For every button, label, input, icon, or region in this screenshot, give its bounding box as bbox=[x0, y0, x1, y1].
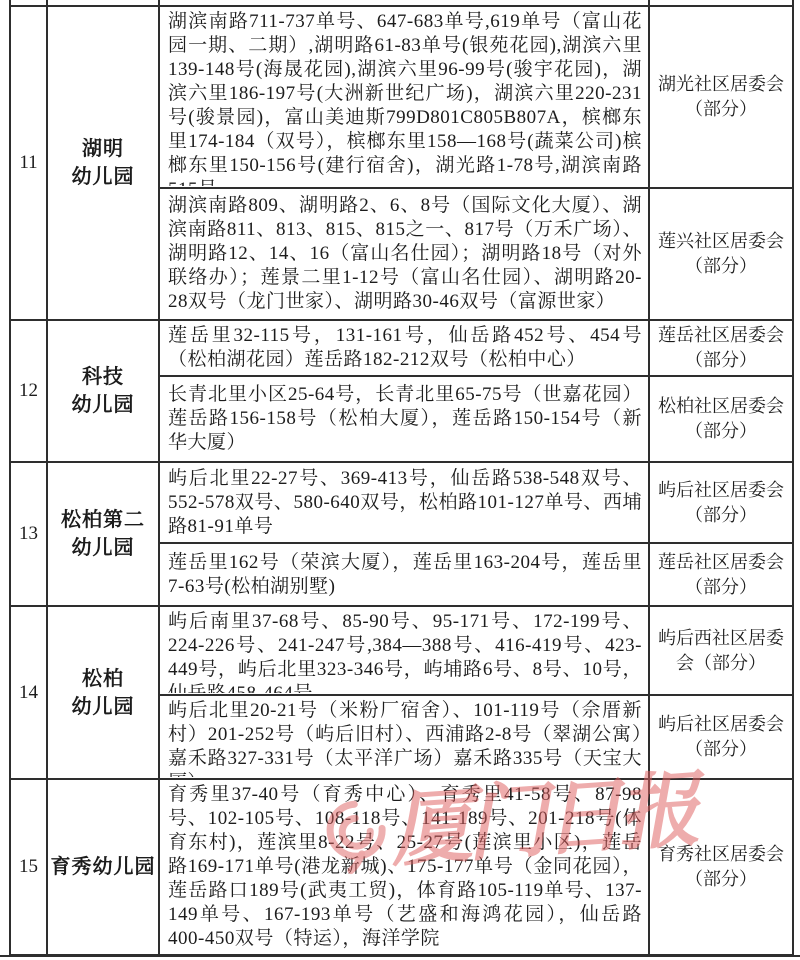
address-text: 长青北里小区25-64号，长青北里65-75号（世嘉花园）莲岳路156-158号… bbox=[160, 381, 648, 457]
committee-cell: 屿后西社区居委会（部分） bbox=[649, 606, 793, 695]
committee-cell: 屿后社区居委会（部分） bbox=[649, 462, 793, 543]
address-cell: 湖滨南路711-737单号、647-683单号,619单号（富山花园一期、二期）… bbox=[159, 6, 649, 188]
admission-district-document: 11 湖明 幼儿园 湖滨南路711-737单号、647-683单号,619单号（… bbox=[0, 0, 800, 960]
committee-cell: 莲兴社区居委会（部分） bbox=[649, 188, 793, 320]
committee-cell: 松柏社区居委会（部分） bbox=[649, 376, 793, 462]
committee-cell: 湖光社区居委会（部分） bbox=[649, 6, 793, 188]
address-text: 湖滨南路809、湖明路2、6、8号（国际文化大厦）、湖滨南路811、813、81… bbox=[160, 192, 648, 316]
address-cell: 屿后南里37-68号、85-90号、95-171号、172-199号、224-2… bbox=[159, 606, 649, 695]
kindergarten-name-cell: 松柏第二 幼儿园 bbox=[47, 462, 159, 606]
row-number-cell: 14 bbox=[10, 606, 47, 779]
address-cell: 长青北里小区25-64号，长青北里65-75号（世嘉花园）莲岳路156-158号… bbox=[159, 376, 649, 462]
address-cell: 育秀里37-40号（育秀中心）、育秀里41-58号、87-98号、102-105… bbox=[159, 779, 649, 955]
table-row: 11 湖明 幼儿园 湖滨南路711-737单号、647-683单号,619单号（… bbox=[10, 6, 793, 188]
committee-cell: 育秀社区居委会（部分） bbox=[649, 779, 793, 955]
address-cell: 屿后北里22-27号、369-413号，仙岳路538-548双号、552-578… bbox=[159, 462, 649, 543]
table-row: 13 松柏第二 幼儿园 屿后北里22-27号、369-413号，仙岳路538-5… bbox=[10, 462, 793, 543]
address-text: 屿后南里37-68号、85-90号、95-171号、172-199号、224-2… bbox=[160, 608, 648, 693]
address-cell: 莲岳里32-115号，131-161号，仙岳路452号、454号（松柏湖花园）莲… bbox=[159, 320, 649, 376]
table-bottom-border bbox=[0, 955, 800, 957]
address-cell: 湖滨南路809、湖明路2、6、8号（国际文化大厦）、湖滨南路811、813、81… bbox=[159, 188, 649, 320]
address-text: 屿后北里22-27号、369-413号，仙岳路538-548双号、552-578… bbox=[160, 465, 648, 541]
address-text: 屿后北里20-21号（米粉厂宿舍）、101-119号（佘厝新村）201-252号… bbox=[160, 697, 648, 777]
address-text: 莲岳里162号（荣滨大厦），莲岳里163-204号，莲岳里7-63号(松柏湖别墅… bbox=[160, 549, 648, 601]
kindergarten-name-cell: 育秀幼儿园 bbox=[47, 779, 159, 955]
row-number-cell: 12 bbox=[10, 320, 47, 462]
kindergarten-name-cell: 科技 幼儿园 bbox=[47, 320, 159, 462]
row-number-cell: 11 bbox=[10, 6, 47, 320]
committee-cell: 屿后社区居委会（部分） bbox=[649, 695, 793, 779]
kindergarten-name-cell: 湖明 幼儿园 bbox=[47, 6, 159, 320]
table-row: 15 育秀幼儿园 育秀里37-40号（育秀中心）、育秀里41-58号、87-98… bbox=[10, 779, 793, 955]
address-cell: 屿后北里20-21号（米粉厂宿舍）、101-119号（佘厝新村）201-252号… bbox=[159, 695, 649, 779]
address-text: 湖滨南路711-737单号、647-683单号,619单号（富山花园一期、二期）… bbox=[160, 8, 648, 186]
address-text: 莲岳里32-115号，131-161号，仙岳路452号、454号（松柏湖花园）莲… bbox=[160, 322, 648, 374]
address-cell: 莲岳里162号（荣滨大厦），莲岳里163-204号，莲岳里7-63号(松柏湖别墅… bbox=[159, 543, 649, 606]
kindergarten-name-cell: 松柏 幼儿园 bbox=[47, 606, 159, 779]
committee-cell: 莲岳社区居委会（部分） bbox=[649, 543, 793, 606]
table-row: 14 松柏 幼儿园 屿后南里37-68号、85-90号、95-171号、172-… bbox=[10, 606, 793, 695]
school-district-table: 11 湖明 幼儿园 湖滨南路711-737单号、647-683单号,619单号（… bbox=[9, 0, 794, 956]
row-number-cell: 15 bbox=[10, 779, 47, 955]
table-row: 12 科技 幼儿园 莲岳里32-115号，131-161号，仙岳路452号、45… bbox=[10, 320, 793, 376]
committee-cell: 莲岳社区居委会（部分） bbox=[649, 320, 793, 376]
row-number-cell: 13 bbox=[10, 462, 47, 606]
address-text: 育秀里37-40号（育秀中心）、育秀里41-58号、87-98号、102-105… bbox=[160, 781, 648, 953]
